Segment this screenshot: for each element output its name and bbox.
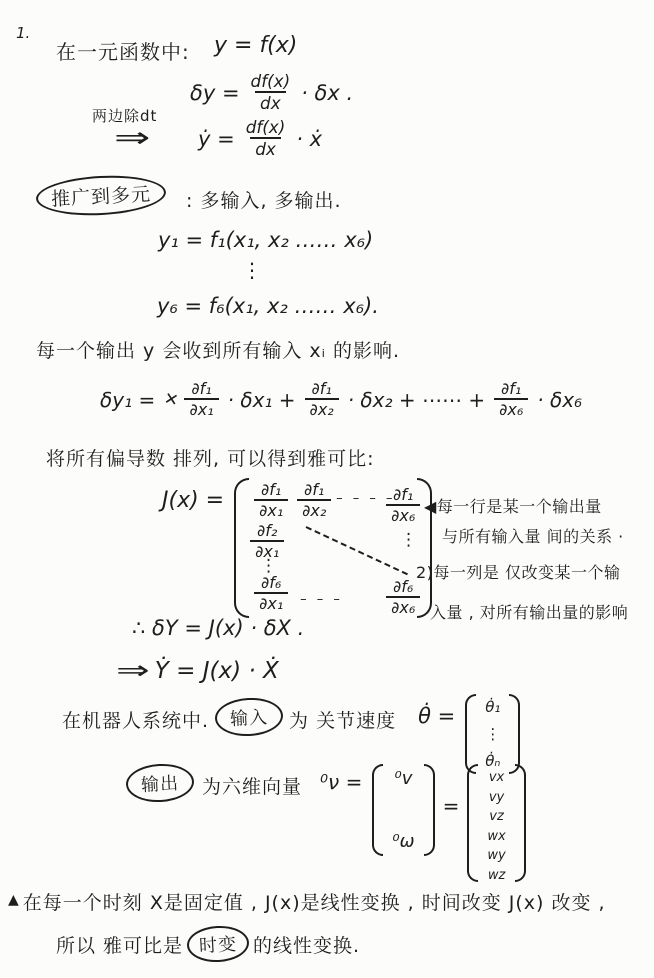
matrix-cell-r1c2: ∂f₁ ∂x₂ [297,481,331,521]
scalar-dot-equation: ẏ = df(x) dx · ẋ [198,118,322,160]
jacobian-matrix: ∂f₁ ∂x₁ ∂f₁ ∂x₂ – – – – ∂f₁ ∂x₆ ∂f₂ ∂x₁ … [234,478,432,618]
nu-vector: ⁰v ⁰ω [372,764,434,856]
vertical-dots: ⋮ [242,258,262,282]
nu-entry: ⁰ω [392,831,414,852]
matrix-cell-r1c4: ∂f₁ ∂x₆ [386,486,420,526]
dy1-term3-tail: · δx₆ [537,388,582,412]
remark-line2-post: 的线性变换. [253,931,360,958]
triangle-marker-icon: ▲ [8,892,19,908]
vector-left-bracket [465,694,476,774]
dy1-frac-1: ∂f₁ ∂x₁ [184,380,218,420]
double-arrow-icon: ⇒ [116,656,150,686]
eq-y1: y₁ = f₁(x₁, x₂ …… x₆) [158,228,373,252]
frac-denominator: ∂x₁ [184,398,218,419]
delta-eq-fraction: df(x) dx [247,72,295,114]
derive-arrow: ⇒ [114,121,137,154]
scalar-delta-equation: δy = df(x) dx · δx . [190,72,353,114]
frac-denominator: ∂x₆ [386,596,420,617]
frac-numerator: ∂f₁ [497,380,525,398]
frac-numerator: ∂f₁ [307,380,335,398]
influence-sentence: 每一个输出 y 会收到所有输入 xᵢ 的影响. [36,336,400,363]
frac-numerator: df(x) [242,118,290,137]
frac-numerator: ∂f₆ [257,574,285,592]
dot-eq-fraction: df(x) dx [242,118,290,160]
jacobian-equation: J(x) = ∂f₁ ∂x₁ ∂f₁ ∂x₂ – – – – ∂f₁ ∂x₆ ∂… [162,478,432,618]
twist-components-vector: vx vy vz wx wy wz [467,764,525,882]
circled-generalize-label: 推广到多元 [35,173,167,219]
frac-numerator: ∂f₁ [187,380,215,398]
twist-component: wx [487,827,505,847]
bottom-remark-line2: 所以 雅可比是 时变 的线性变换. [56,926,360,962]
frac-denominator: ∂x₂ [297,499,331,520]
output-mid-text: 为六维向量 [202,772,302,799]
vector-left-bracket [372,764,383,856]
frac-numerator: ∂f₁ [389,486,417,504]
matrix-diagonal-dashes [306,526,408,575]
equals-sign: = [443,794,460,818]
annotation-row-line1: ◀每一行是某一个输出量 [424,494,602,517]
frac-denominator: ∂x₂ [305,398,339,419]
generalize-after-text: : 多输入, 多输出. [186,186,342,213]
twist-component: vx [489,768,504,788]
double-arrow-icon: ⇒ [114,121,150,154]
twist-component: wz [488,866,505,886]
circled-time-varying-label: 时变 [186,924,250,963]
vector-left-bracket [467,764,478,882]
frac-numerator: ∂f₆ [389,578,417,596]
scalar-intro-text: 在一元函数中: [56,36,190,65]
nu-entry: ⁰v [395,768,413,789]
frac-denominator: dx [250,137,281,159]
implies-eq-body: Ẏ = J(x) · Ẋ [155,658,279,684]
matrix-cell-r4c1: ∂f₆ ∂x₁ [254,574,288,614]
jacobian-lhs: J(x) = [162,488,224,513]
dy1-frac-3: ∂f₁ ∂x₆ [494,380,528,420]
twist-component: vy [489,788,504,808]
theta-entry: θ̇₁ [485,698,500,716]
bottom-remark-line1: ▲ 在每一个时刻 X是固定值 , J(x)是线性变换 , 时间改变 J(x) 改… [8,888,606,915]
frac-numerator: ∂f₁ [300,481,328,499]
dy1-term1-tail: · δx₁ + [228,388,296,412]
jacobian-intro-sentence: 将所有偏导数 排列, 可以得到雅可比: [46,444,375,471]
remark-line1-text: 在每一个时刻 X是固定值 , J(x)是线性变换 , 时间改变 J(x) 改变 … [23,888,606,915]
remark-line2-pre: 所以 雅可比是 [56,931,183,958]
vector-right-bracket [509,694,520,774]
frac-denominator: ∂x₆ [386,504,420,525]
delta-eq-lhs: δy = [190,81,240,105]
theta-lhs: θ̇ = [418,704,455,728]
theta-vector: θ̇₁ ⋮ θ̇ₙ [465,694,520,774]
annotation-col-line1: 2)每一列是 仅改变某一个输 [416,560,621,583]
robot-mid-text: 为 关节速度 [289,706,396,733]
theta-dots: ⋮ [485,725,500,743]
matrix-left-bracket [234,478,249,618]
annotation-row-line2: 与所有输入量 间的关系 · [442,524,624,547]
frac-denominator: dx [255,91,286,113]
therefore-equation: ∴ δY = J(x) · δX . [132,616,304,640]
dy1-equation: δy₁ = ✕ ∂f₁ ∂x₁ · δx₁ + ∂f₁ ∂x₂ · δx₂ + … [100,380,582,420]
robot-output-line: 输出 为六维向量 ⁰ν = ⁰v ⁰ω = vx vy vz wx wy wz [126,764,526,882]
frac-denominator: ∂x₆ [494,398,528,419]
circled-input-label: 输入 [214,696,284,738]
matrix-cell-r4c4: ∂f₆ ∂x₆ [386,578,420,618]
annotation-col-line2: 入量 , 对所有输出量的影响 [430,600,628,623]
vector-right-bracket [515,764,526,882]
dy1-frac-2: ∂f₁ ∂x₂ [305,380,339,420]
scalar-eq-y: y = f(x) [214,33,297,58]
delta-eq-rhs: · δx . [301,81,353,105]
dy1-term2-tail: · δx₂ + ⋯⋯ + [348,388,485,412]
matrix-row4-dashes: – – – [300,592,343,607]
dy1-lhs: δy₁ = [100,388,155,412]
frac-numerator: ∂f₂ [253,522,281,540]
vector-right-bracket [424,764,435,856]
robot-prefix-text: 在机器人系统中. [62,706,209,733]
robot-input-line: 在机器人系统中. 输入 为 关节速度 θ̇ = θ̇₁ ⋮ θ̇ₙ [62,700,520,774]
nu-lhs: ⁰ν = [320,770,362,794]
generalize-heading: 推广到多元 [36,176,166,215]
circled-output-label: 输出 [125,762,195,804]
matrix-cell-r1c1: ∂f₁ ∂x₁ [254,481,288,521]
matrix-vdots-right: ⋮ [400,530,417,550]
crossed-out-scribble: ✕ [162,389,180,412]
frac-denominator: ∂x₁ [254,592,288,613]
note-number: 1. [16,24,30,42]
frac-numerator: df(x) [247,72,295,91]
twist-component: vz [489,807,504,827]
handwritten-notes-page: 1. 在一元函数中: y = f(x) δy = df(x) dx · δx .… [0,0,654,978]
eq-y6: y₆ = f₆(x₁, x₂ …… x₆). [157,294,379,318]
dot-eq-lhs: ẏ = [198,127,235,151]
frac-numerator: ∂f₁ [257,481,285,499]
frac-denominator: ∂x₁ [254,499,288,520]
implies-equation: ⇒ Ẏ = J(x) · Ẋ [116,656,279,686]
twist-component: wy [487,846,505,866]
dot-eq-rhs: · ẋ [296,127,322,151]
